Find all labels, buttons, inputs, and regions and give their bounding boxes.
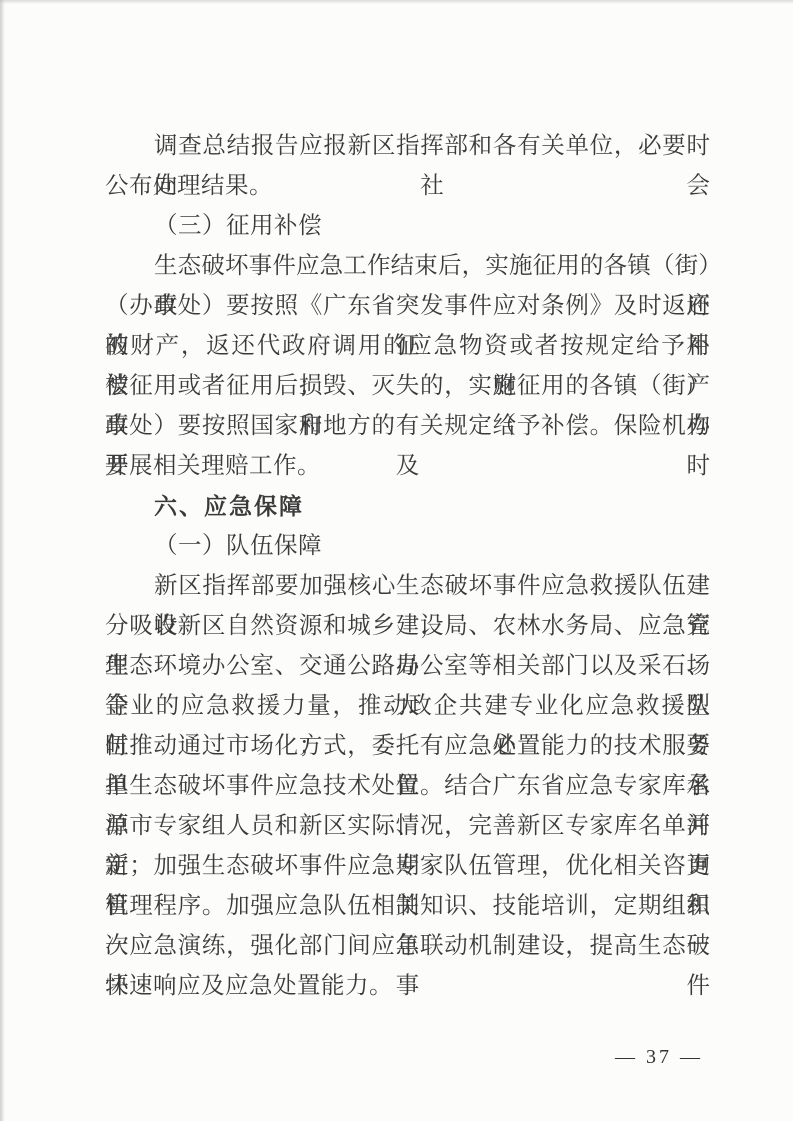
scan-edge-top (0, 0, 793, 4)
text-line: 被征用或者征用后损毁、灭失的，实施征用的各镇（街）政府（办 (105, 366, 710, 406)
text-line: 企业的应急救援力量，推动政企共建专业化应急救援队伍；必要 (105, 686, 710, 726)
text-line: 时推动通过市场化方式，委托有应急处置能力的技术服务单位承 (105, 726, 710, 766)
text-line: 生态破坏事件应急工作结束后，实施征用的各镇（街）政府 (105, 246, 710, 286)
scan-edge-left (0, 0, 5, 1121)
text-line: 分吸收新区自然资源和城乡建设局、农林水务局、应急管理局、 (105, 606, 710, 646)
page-number: — 37 — (615, 1046, 703, 1068)
text-line: 新区指挥部要加强核心生态破坏事件应急救援队伍建设，充 (105, 566, 710, 606)
page-footer: — 37 — (0, 1046, 793, 1069)
text-line: 调查总结报告应报新区指挥部和各有关单位，必要时向社会 (105, 126, 710, 166)
document-content: 调查总结报告应报新区指挥部和各有关单位，必要时向社会公布处理结果。（三）征用补偿… (105, 126, 710, 1006)
text-line: 次应急演练，强化部门间应急联动机制建设，提高生态破坏事件 (105, 926, 710, 966)
text-line: 的财产，返还代政府调用的应急物资或者按规定给予补偿；财产 (105, 326, 710, 366)
sub-heading: （三）征用补偿 (105, 206, 710, 246)
text-line: 管理程序。加强应急队伍相关知识、技能培训，定期组织一年一 (105, 886, 710, 926)
text-line: （办事处）要按照《广东省突发事件应对条例》及时返还被征用 (105, 286, 710, 326)
section-heading: 六、应急保障 (105, 486, 710, 526)
text-line: 事处）要按照国家和地方的有关规定给予补偿。保险机构要及时 (105, 406, 710, 446)
sub-heading: （一）队伍保障 (105, 526, 710, 566)
document-page: 调查总结报告应报新区指挥部和各有关单位，必要时向社会公布处理结果。（三）征用补偿… (0, 0, 793, 1121)
text-line: 担生态破坏事件应急技术处置。结合广东省应急专家库名单、河 (105, 766, 710, 806)
text-line: 生态环境办公室、交通公路办公室等相关部门以及采石场等大型 (105, 646, 710, 686)
text-line: 源市专家组人员和新区实际情况，完善新区专家库名单并定期更 (105, 806, 710, 846)
text-line: 新；加强生态破坏事件应急专家队伍管理，优化相关咨询机制和 (105, 846, 710, 886)
